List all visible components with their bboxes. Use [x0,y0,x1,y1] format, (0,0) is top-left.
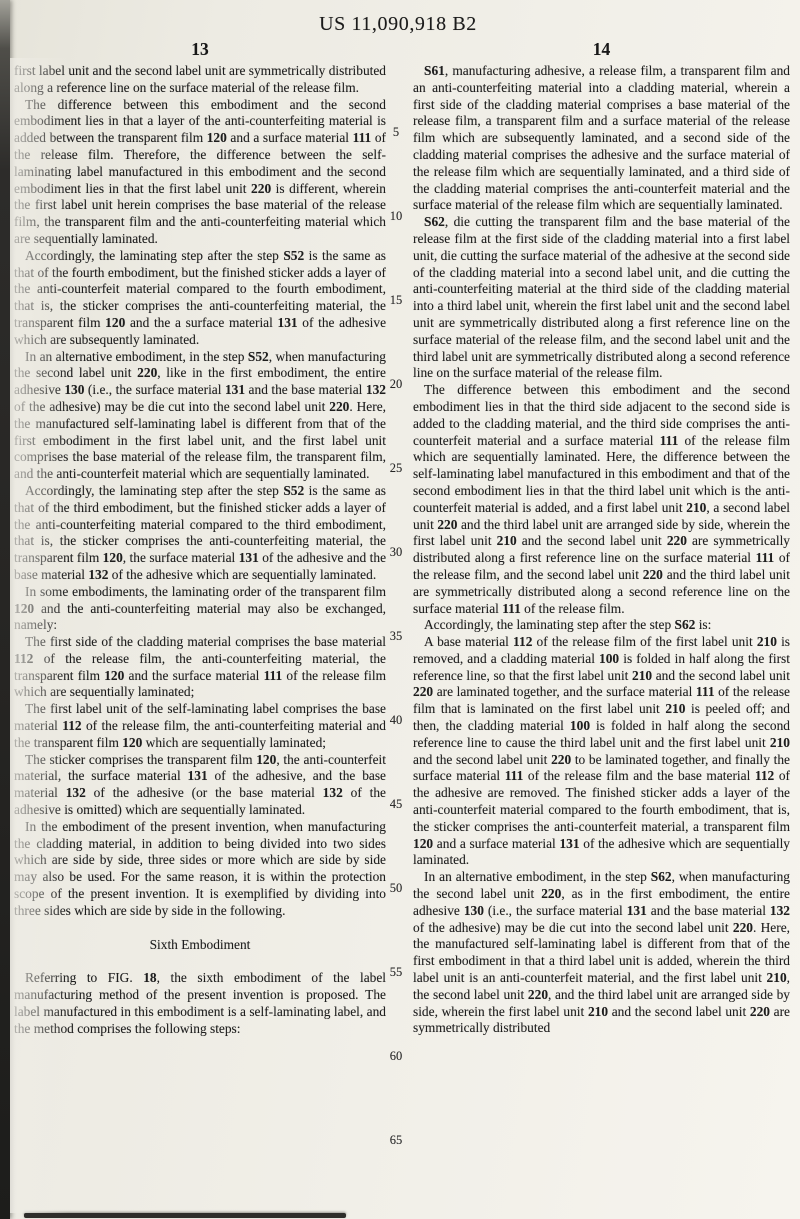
paragraph: S62, die cutting the transparent film an… [413,214,790,382]
patent-page-scan: { "page": { "header_title": "US 11,090,9… [0,0,800,1219]
paragraph: first label unit and the second label un… [14,63,386,97]
scan-edge-left [0,0,10,1219]
column-number-right: 14 [413,39,790,60]
line-number-40: 40 [383,713,409,728]
column-number-left: 13 [14,39,386,60]
paragraph: In an alternative embodiment, in the ste… [14,349,386,483]
paragraph: The first side of the cladding material … [14,634,386,701]
patent-text-column-13: first label unit and the second label un… [14,63,386,1213]
paragraph: The first label unit of the self-laminat… [14,701,386,751]
line-number-5: 5 [383,125,409,140]
line-number-35: 35 [383,629,409,644]
line-number-25: 25 [383,461,409,476]
line-number-10: 10 [383,209,409,224]
line-number-50: 50 [383,881,409,896]
line-number-30: 30 [383,545,409,560]
paragraph: Accordingly, the laminating step after t… [14,483,386,584]
patent-number-header: US 11,090,918 B2 [0,13,796,36]
line-number-20: 20 [383,377,409,392]
line-number-45: 45 [383,797,409,812]
line-number-15: 15 [383,293,409,308]
paragraph: In some embodiments, the laminating orde… [14,584,386,634]
scan-edge-bottom [24,1213,346,1218]
paragraph: Accordingly, the laminating step after t… [14,248,386,349]
paragraph: In the embodiment of the present inventi… [14,819,386,920]
paragraph: In an alternative embodiment, in the ste… [413,869,790,1037]
section-heading: Sixth Embodiment [14,937,386,954]
paragraph: Accordingly, the laminating step after t… [413,617,790,634]
line-number-55: 55 [383,965,409,980]
paragraph: The sticker comprises the transparent fi… [14,752,386,819]
paragraph: The difference between this embodiment a… [14,97,386,248]
line-number-60: 60 [383,1049,409,1064]
line-number-65: 65 [383,1133,409,1148]
paragraph: Referring to FIG. 18, the sixth embodime… [14,970,386,1037]
paragraph: A base material 112 of the release film … [413,634,790,869]
paragraph: S61, manufacturing adhesive, a release f… [413,63,790,214]
patent-text-column-14: S61, manufacturing adhesive, a release f… [413,63,790,1213]
paragraph: The difference between this embodiment a… [413,382,790,617]
